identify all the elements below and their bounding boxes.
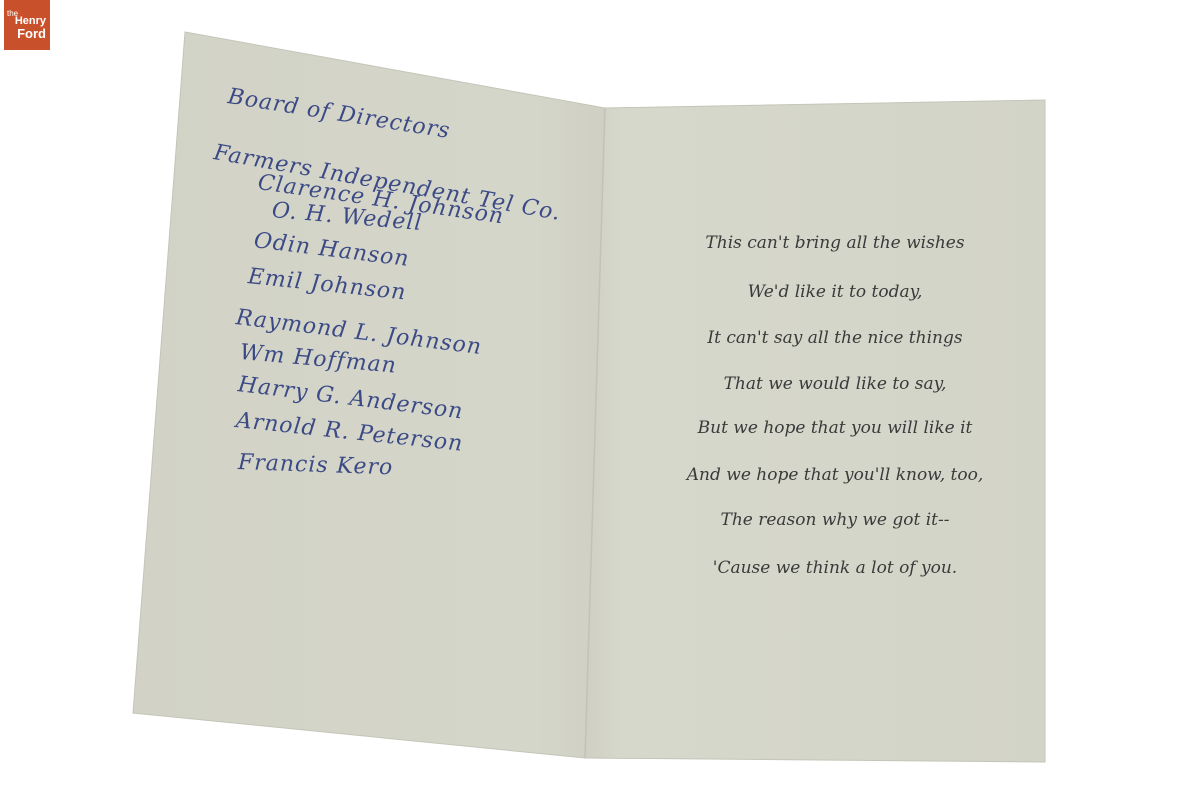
verse-line: This can't bring all the wishes xyxy=(650,233,1020,253)
signature-line: Francis Kero xyxy=(238,450,394,480)
verse-line: The reason why we got it-- xyxy=(650,510,1020,530)
verse-line: We'd like it to today, xyxy=(650,282,1020,302)
greeting-card xyxy=(0,0,1200,800)
verse-line: 'Cause we think a lot of you. xyxy=(650,558,1020,578)
verse-line: It can't say all the nice things xyxy=(650,328,1020,348)
verse-line: That we would like to say, xyxy=(650,374,1020,394)
verse-line: But we hope that you will like it xyxy=(650,418,1020,438)
verse-line: And we hope that you'll know, too, xyxy=(650,465,1020,485)
